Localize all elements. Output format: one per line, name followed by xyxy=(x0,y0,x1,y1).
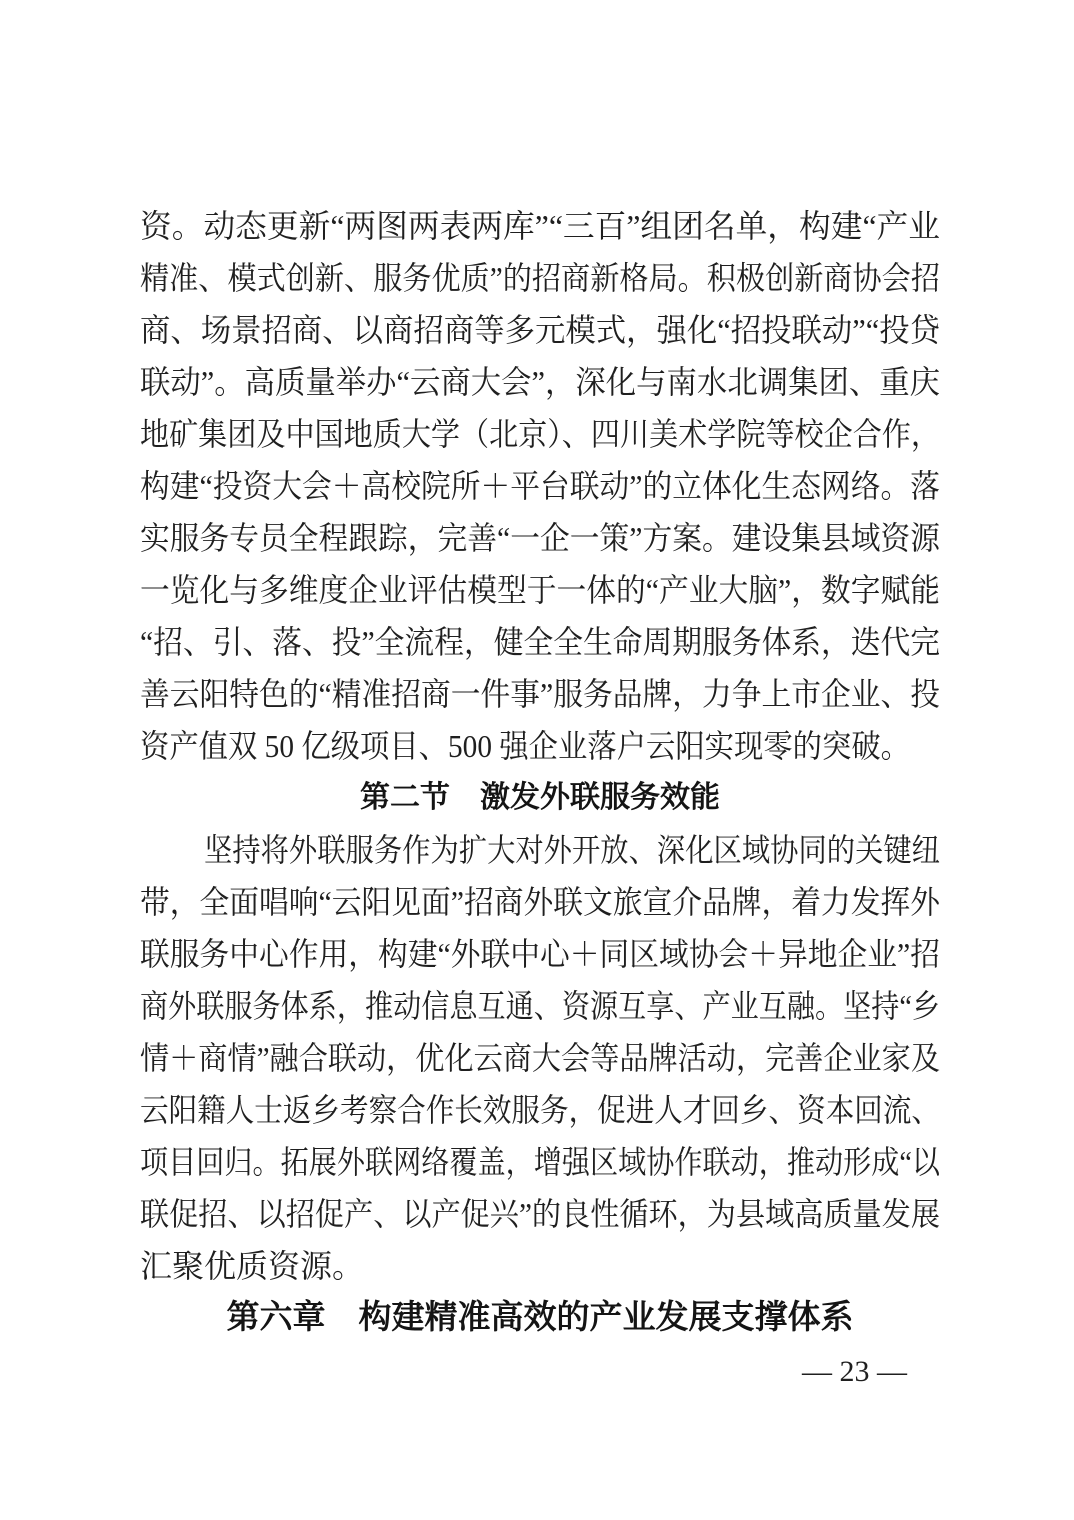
body-text-line: 坚持将外联服务作为扩大对外开放、深化区域协同的关键纽 xyxy=(140,824,940,876)
body-text-line: 地矿集团及中国地质大学（北京）、四川美术学院等校企合作， xyxy=(140,408,940,460)
line-text: 构建“投资大会＋高校院所＋平台联动”的立体化生态网络。落 xyxy=(140,460,940,512)
line-text: 地矿集团及中国地质大学（北京）、四川美术学院等校企合作， xyxy=(140,408,940,460)
line-text: 联动”。高质量举办“云商大会”，深化与南水北调集团、重庆 xyxy=(140,356,940,408)
line-text: 坚持将外联服务作为扩大对外开放、深化区域协同的关键纽 xyxy=(204,824,940,876)
body-text-line: 汇聚优质资源。 xyxy=(140,1240,940,1292)
body-text-line: 商外联服务体系，推动信息互通、资源互享、产业互融。坚持“乡 xyxy=(140,980,940,1032)
chapter-heading: 第六章 构建精准高效的产业发展支撑体系 xyxy=(140,1292,940,1344)
text-block: 资。动态更新“两图两表两库”“三百”组团名单，构建“产业 精准、模式创新、服务优… xyxy=(140,200,940,1344)
body-text-line: 一览化与多维度企业评估模型于一体的“产业大脑”，数字赋能 xyxy=(140,564,940,616)
page-number: — 23 — xyxy=(802,1352,907,1392)
body-text-line: 联服务中心作用，构建“外联中心＋同区域协会＋异地企业”招 xyxy=(140,928,940,980)
body-text-line: 商、场景招商、以商招商等多元模式，强化“招投联动”“投贷 xyxy=(140,304,940,356)
line-text: 实服务专员全程跟踪，完善“一企一策”方案。建设集县域资源 xyxy=(140,512,940,564)
body-text-line: 资产值双 50 亿级项目、500 强企业落户云阳实现零的突破。 xyxy=(140,720,940,772)
section-heading: 第二节 激发外联服务效能 xyxy=(140,772,940,824)
line-text: “招、引、落、投”全流程，健全全生命周期服务体系，迭代完 xyxy=(140,616,940,668)
body-text-line: “招、引、落、投”全流程，健全全生命周期服务体系，迭代完 xyxy=(140,616,940,668)
body-text-line: 联动”。高质量举办“云商大会”，深化与南水北调集团、重庆 xyxy=(140,356,940,408)
line-text: 一览化与多维度企业评估模型于一体的“产业大脑”，数字赋能 xyxy=(140,564,940,616)
line-text: 联促招、以招促产、以产促兴”的良性循环，为县域高质量发展 xyxy=(140,1188,940,1240)
line-text: 善云阳特色的“精准招商一件事”服务品牌，力争上市企业、投 xyxy=(140,668,940,720)
body-text-line: 善云阳特色的“精准招商一件事”服务品牌，力争上市企业、投 xyxy=(140,668,940,720)
body-text-line: 云阳籍人士返乡考察合作长效服务，促进人才回乡、资本回流、 xyxy=(140,1084,940,1136)
document-page: 资。动态更新“两图两表两库”“三百”组团名单，构建“产业 精准、模式创新、服务优… xyxy=(0,0,1074,1520)
line-text: 项目回归。拓展外联网络覆盖，增强区域协作联动，推动形成“以 xyxy=(140,1136,940,1188)
body-text-line: 实服务专员全程跟踪，完善“一企一策”方案。建设集县域资源 xyxy=(140,512,940,564)
line-text: 汇聚优质资源。 xyxy=(140,1240,364,1292)
line-text: 资。动态更新“两图两表两库”“三百”组团名单，构建“产业 xyxy=(140,200,940,252)
line-text: 带，全面唱响“云阳见面”招商外联文旅宣介品牌，着力发挥外 xyxy=(140,876,940,928)
line-text: 情＋商情”融合联动，优化云商大会等品牌活动，完善企业家及 xyxy=(140,1032,940,1084)
body-text-line: 构建“投资大会＋高校院所＋平台联动”的立体化生态网络。落 xyxy=(140,460,940,512)
body-text-line: 资。动态更新“两图两表两库”“三百”组团名单，构建“产业 xyxy=(140,200,940,252)
line-text: 商外联服务体系，推动信息互通、资源互享、产业互融。坚持“乡 xyxy=(140,980,940,1032)
line-text: 商、场景招商、以商招商等多元模式，强化“招投联动”“投贷 xyxy=(140,304,940,356)
body-text-line: 带，全面唱响“云阳见面”招商外联文旅宣介品牌，着力发挥外 xyxy=(140,876,940,928)
body-text-line: 联促招、以招促产、以产促兴”的良性循环，为县域高质量发展 xyxy=(140,1188,940,1240)
line-text: 精准、模式创新、服务优质”的招商新格局。积极创新商协会招 xyxy=(140,252,940,304)
line-text: 云阳籍人士返乡考察合作长效服务，促进人才回乡、资本回流、 xyxy=(140,1084,940,1136)
line-text: 联服务中心作用，构建“外联中心＋同区域协会＋异地企业”招 xyxy=(140,928,940,980)
body-text-line: 精准、模式创新、服务优质”的招商新格局。积极创新商协会招 xyxy=(140,252,940,304)
body-text-line: 情＋商情”融合联动，优化云商大会等品牌活动，完善企业家及 xyxy=(140,1032,940,1084)
body-text-line: 项目回归。拓展外联网络覆盖，增强区域协作联动，推动形成“以 xyxy=(140,1136,940,1188)
line-text: 资产值双 50 亿级项目、500 强企业落户云阳实现零的突破。 xyxy=(140,720,910,772)
